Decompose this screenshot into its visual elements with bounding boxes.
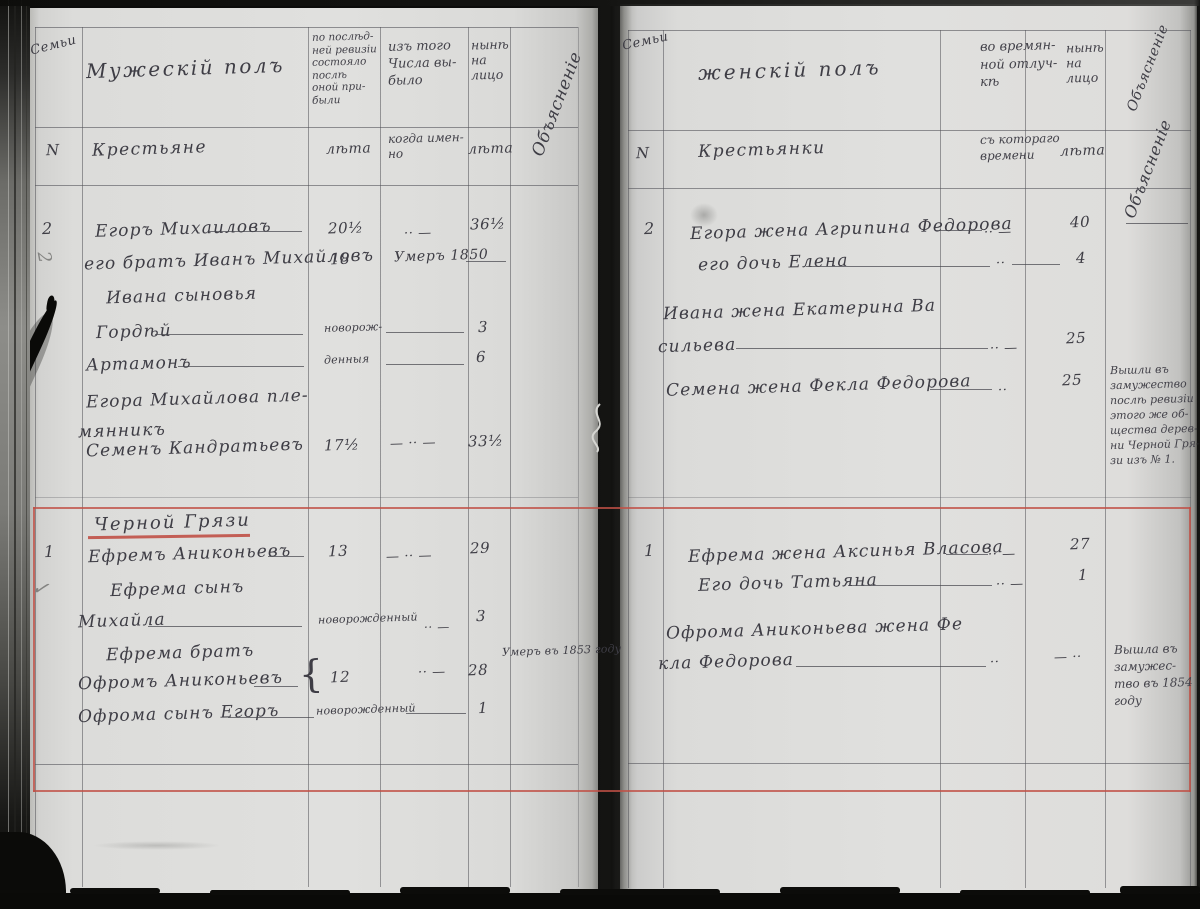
handwritten-dash (796, 666, 986, 667)
handwritten-dash (736, 348, 988, 349)
col-header-now: нынѣналицо (1066, 40, 1104, 85)
entry-departed-mark: ·· — (404, 226, 432, 242)
entry-death-note: Умеръ 1850 (394, 247, 489, 266)
pencil-smudge (92, 841, 222, 850)
handwritten-dash (148, 626, 302, 627)
page-edge-jag (1120, 886, 1200, 894)
red-frame-bottom (33, 790, 1191, 792)
entry-age-prev: 20½ (328, 218, 364, 237)
handwritten-dash (386, 332, 464, 333)
entry-newborn-word: новорож- (324, 320, 383, 335)
col-header-age-now: лѣта (1060, 142, 1106, 159)
book-edge-left (0, 0, 30, 909)
entry-age-prev: 17½ (324, 435, 360, 454)
binding-thread (584, 402, 614, 454)
entry-age-now: 6 (476, 348, 487, 366)
table-line (35, 127, 578, 128)
handwritten-dash (228, 717, 314, 718)
col-header-group: Крестьяне (92, 137, 208, 161)
table-line (82, 27, 83, 887)
entry-name: Артамонъ (86, 352, 192, 375)
entry-absent-mark: ·· (998, 383, 1008, 398)
book-edge-bottom (0, 893, 1200, 909)
col-header-when: когда имен-но (388, 131, 464, 161)
entry-age-now: — ·· (1054, 650, 1082, 666)
handwritten-dash (1126, 223, 1188, 224)
page-edge-jag (70, 888, 160, 894)
entry-absent-mark: ·· (996, 256, 1006, 271)
col-header-number: N (636, 144, 650, 162)
entry-age-prev: 13 (328, 542, 349, 561)
table-line (628, 30, 1191, 31)
handwritten-dash (936, 230, 982, 231)
book-edge-right (1194, 0, 1200, 909)
table-line (628, 497, 1191, 498)
entry-departed-mark: — ·· — (390, 435, 437, 451)
handwritten-dash (806, 266, 990, 267)
entry-age-now: 27 (1070, 535, 1091, 554)
entry-age-now: 1 (1078, 566, 1089, 584)
table-line (628, 188, 1191, 189)
table-line (628, 763, 1191, 764)
handwritten-dash (178, 366, 304, 367)
col-header-number: N (46, 141, 60, 159)
table-line (35, 27, 578, 28)
red-frame-top (33, 507, 1191, 509)
entry-age-prev: 12 (330, 668, 351, 687)
entry-age-now: 36½ (470, 214, 506, 233)
entry-name: Гордѣй (96, 321, 172, 343)
family-number: 2 (42, 219, 53, 238)
family-number: 2 (644, 219, 655, 238)
entry-departed-mark: ·· — (424, 620, 450, 635)
entry-name: кла Федорова (658, 650, 795, 674)
handwritten-dash (254, 686, 298, 687)
col-header-prev-revision: по послѣд-ней ревизіисостоялопослѣоной п… (312, 31, 377, 106)
table-line (628, 30, 629, 888)
table-line (35, 764, 578, 765)
entry-age-now: 3 (476, 607, 487, 625)
ledger-book: Семьи Мужескій полъ по послѣд-ней ревизі… (0, 0, 1200, 909)
handwritten-dash (466, 261, 506, 262)
table-line (628, 130, 1191, 131)
red-frame-left (33, 507, 35, 792)
handwritten-dash (406, 713, 466, 714)
ink-brace: { (298, 652, 324, 697)
handwritten-dash (1012, 264, 1060, 265)
entry-absent-mark: ·· — (984, 225, 1012, 241)
table-line (35, 27, 36, 887)
table-line (308, 27, 309, 887)
page-edge-jag (960, 890, 1090, 895)
col-header-now: нынѣналицо (471, 37, 509, 82)
col-header-since: съ котораговремени (980, 131, 1060, 163)
page-edge-jag (210, 890, 350, 895)
handwritten-dash (946, 554, 988, 555)
entry-departed-mark: ·· — (418, 665, 446, 681)
entry-age-now: 4 (1076, 249, 1087, 267)
entry-age-now: 40 (1070, 213, 1091, 232)
col-header-departed: изъ тогоЧисла вы-было (388, 38, 456, 89)
table-line (663, 30, 664, 888)
margin-note-marriage: Вышла възамужес-тво въ 1854году (1114, 641, 1193, 709)
table-line (35, 185, 578, 186)
col-header-age-now: лѣта (468, 140, 514, 157)
entry-absent-mark: ·· (990, 655, 1000, 670)
handwritten-dash (848, 585, 992, 586)
handwritten-dash (268, 556, 304, 557)
entry-age-now: 29 (470, 539, 491, 558)
table-line (940, 30, 941, 888)
handwritten-dash (208, 231, 302, 232)
entry-age-prev: 18 (330, 250, 351, 269)
col-header-absent: во времян-ной отлуч-кѣ (980, 38, 1057, 91)
family-number: 1 (644, 541, 655, 560)
table-line (380, 27, 381, 887)
handwritten-dash (386, 364, 464, 365)
entry-age-now: 25 (1062, 371, 1083, 390)
margin-note-marriage: Вышли възамужествопослѣ ревизіиэтого же … (1110, 362, 1200, 467)
table-line (578, 27, 579, 887)
entry-age-now: 3 (478, 318, 489, 336)
family-number: 1 (44, 542, 55, 561)
col-header-age-prev: лѣта (326, 140, 372, 157)
page-edge-jag (780, 887, 900, 894)
entry-age-now: 25 (1066, 329, 1087, 348)
ink-stain (690, 203, 718, 227)
handwritten-dash (155, 334, 303, 335)
entry-age-now: 1 (478, 699, 489, 717)
entry-age-now: 28 (468, 661, 489, 680)
entry-absent-mark: ·· — (988, 547, 1016, 563)
entry-newborn-word: денныя (324, 352, 370, 366)
entry-name: сильева (658, 335, 737, 357)
handwritten-dash (930, 389, 992, 390)
page-edge-jag (560, 889, 720, 895)
entry-age-now: 33½ (468, 431, 504, 450)
entry-absent-mark: ·· — (996, 577, 1024, 593)
entry-name: Михайла (78, 610, 166, 633)
col-header-group: Крестьянки (698, 138, 826, 162)
book-spine (592, 0, 632, 909)
entry-absent-mark: ·· — (990, 341, 1018, 357)
entry-label: Ефрема сынъ (110, 577, 245, 601)
table-line (1105, 30, 1106, 888)
entry-departed-mark: — ·· — (386, 548, 433, 564)
table-line (35, 497, 578, 498)
page-edge-jag (400, 887, 510, 894)
book-edge-top (0, 0, 1200, 6)
